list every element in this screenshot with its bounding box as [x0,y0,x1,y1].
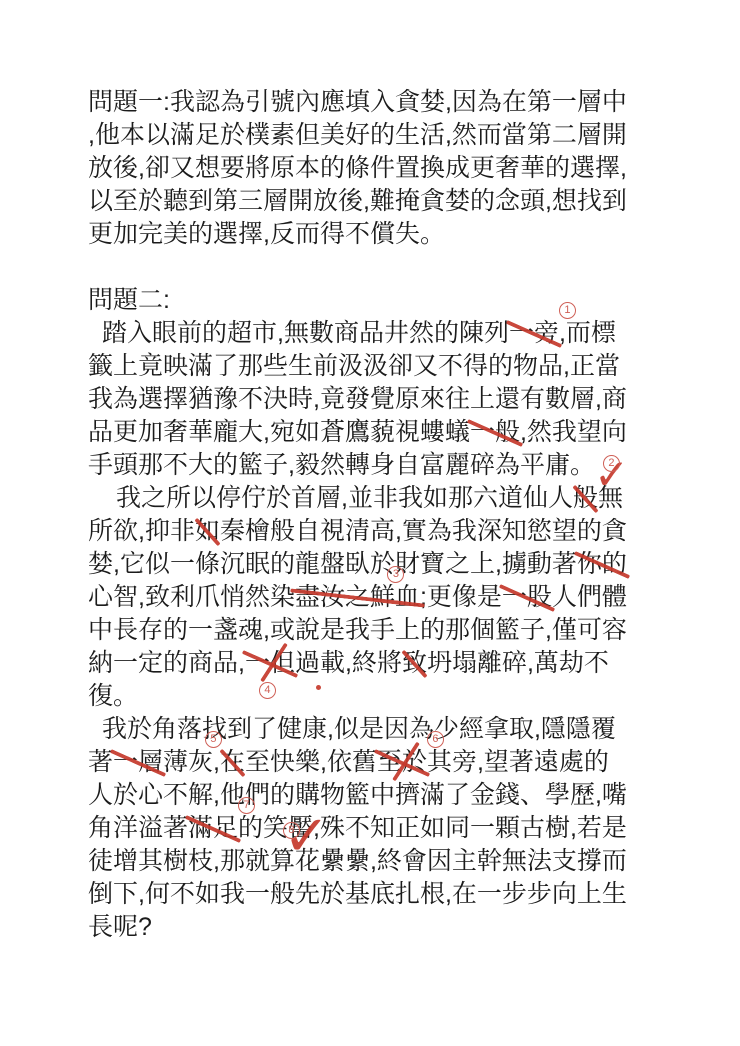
text-segment: 徒增其樹枝,那就算 [88,847,295,875]
text-segment: 問題二: [88,286,170,314]
text-line: 納一定的商品,一但4過載,終將致坍塌離碎,萬劫不 [88,647,688,680]
text-segment: 納一定的商品, [88,649,245,677]
text-segment: ,然我望向 [520,418,627,446]
text-line: 問題一:我認為引號內應填入貪婪,因為在第一層中 [88,86,688,119]
text-line: 品更加奢華龐大,宛如蒼鷹藐視螻蟻一般,然我望向 [88,416,688,449]
text-line: 婪,它似一條沉眠的龍盤臥於財寶之上,擄動著你的 [88,548,688,581]
text-segment: 長呢? [88,913,152,941]
text-segment: 放後,卻又想要將原本的條件置換成更奢華的選擇, [88,154,627,182]
text-line: 我於角落找到了健康,似是因為少經拿取,隱隱覆 [88,713,688,746]
text-line: 人於心不解,他們的購物籃中擠滿了金錢、學歷,嘴 [88,779,688,812]
red-slash-mark: 滿足7 [188,812,238,845]
red-slash-mark: 般 [573,482,598,515]
text-line: 問題二: [88,284,688,317]
text-line: 放後,卻又想要將原本的條件置換成更奢華的選擇, [88,152,688,185]
text-segment: 籤上竟映滿了那些生前汲汲卻又不得的物品,正當 [88,352,620,380]
text-segment: 倒下,何不如我一般先於基底扎根,在一步步向上生 [88,880,627,908]
text-segment: 人們體 [552,583,627,611]
text-line: 我之所以停佇於首層,並非我如那六道仙人般無2 [88,482,688,515]
text-segment: 著 [88,748,113,776]
red-check-lg-mark: 花8 [295,845,320,878]
text-segment: 所欲,抑非 [88,517,195,545]
red-x-mark: 至於6 [377,746,427,779]
text-segment: 婪,它似一條沉眠的龍盤臥於財寶之上,擄動著 [88,550,577,578]
document-page: 問題一:我認為引號內應填入貪婪,因為在第一層中,他本以滿足於樸素但美好的生活,然… [0,0,740,1046]
text-line: 中長存的一盞魂,或說是我手上的那個籃子,僅可容 [88,614,688,647]
text-line: 手頭那不大的籃子,毅然轉身自富麗碎為平庸。 [88,449,688,482]
text-segment: 以至於聽到第三層開放後,難掩貪婪的念頭,想找到 [88,187,627,215]
red-slash-mark: 一般 [470,416,520,449]
red-dot-mark: 過載 [295,647,345,680]
paragraph-gap [88,251,688,284]
text-segment: 復。 [88,682,138,710]
text-line: 著一層薄灰,在5至快樂,依舊至於6其旁,望著遠處的 [88,746,688,779]
text-segment: 我之所以停佇於首層,並非我如那六道仙人 [116,484,573,512]
red-slash-mark: 一層 [113,746,163,779]
red-slash-mark: 如 [195,515,220,548]
text-line: 角洋溢著滿足7的笑靨,殊不知正如同一顆古樹,若是 [88,812,688,845]
text-line: 復。 [88,680,688,713]
text-segment: 我於角落找到了健康,似是因為少經拿取,隱隱覆 [102,715,616,743]
text-segment: 問題一:我認為引號內應填入貪婪,因為在第一層中 [88,88,627,116]
text-line: 倒下,何不如我一般先於基底扎根,在一步步向上生 [88,878,688,911]
text-segment: 心智,致利爪悄然染 [88,583,295,611]
text-segment: 其旁,望著遠處的 [427,748,609,776]
text-segment: 更加完美的選擇,反而得不償失。 [88,220,445,248]
text-line: 所欲,抑非如秦檜般自視清高,實為我深知慾望的貪 [88,515,688,548]
text-segment: 秦檜般自視清高,實為我深知慾望的貪 [220,517,627,545]
red-slash-mark: 一旁1 [509,317,559,350]
text-line: 我為選擇猶豫不決時,竟發覺原來往上還有數層,商 [88,383,688,416]
text-line: 徒增其樹枝,那就算花8纍纍,終會因主幹無法支撐而 [88,845,688,878]
text-segment: 薄灰, [163,748,220,776]
text-segment: 角洋溢著 [88,814,188,842]
text-segment: ,終將 [345,649,402,677]
red-check-mark: 無2 [598,482,623,515]
text-segment: 纍纍,終會因主幹無法支撐而 [320,847,627,875]
document-body: 問題一:我認為引號內應填入貪婪,因為在第一層中,他本以滿足於樸素但美好的生活,然… [88,86,688,944]
text-line: 踏入眼前的超市,無數商品井然的陳列一旁1,而標 [88,317,688,350]
red-slash-mark: 一股 [502,581,552,614]
text-line: 以至於聽到第三層開放後,難掩貪婪的念頭,想找到 [88,185,688,218]
text-segment: 中長存的一盞魂,或說是我手上的那個籃子,僅可容 [88,616,627,644]
text-segment: ,而標 [559,319,616,347]
text-segment: 我為選擇猶豫不決時,竟發覺原來往上還有數層,商 [88,385,627,413]
text-segment: ;更像是 [420,583,502,611]
text-segment: 的笑靨,殊不知正如同一顆古樹,若是 [238,814,627,842]
text-segment: ,他本以滿足於樸素但美好的生活,然而當第二層開 [88,121,627,149]
red-strike-mark: 盡汝之鮮血3 [295,581,420,614]
red-x-mark: 一但4 [245,647,295,680]
text-line: 籤上竟映滿了那些生前汲汲卻又不得的物品,正當 [88,350,688,383]
red-slash-mark: 你的 [577,548,627,581]
red-slash-mark: 在5 [220,746,245,779]
text-segment: 至快樂,依舊 [245,748,377,776]
text-segment: 踏入眼前的超市,無數商品井然的陳列 [102,319,509,347]
text-segment: 人於心不解,他們的購物籃中擠滿了金錢、學歷,嘴 [88,781,627,809]
text-line: 心智,致利爪悄然染盡汝之鮮血3;更像是一股人們體 [88,581,688,614]
text-segment: 品更加奢華龐大,宛如蒼鷹藐視螻蟻 [88,418,470,446]
text-line: 更加完美的選擇,反而得不償失。 [88,218,688,251]
text-segment: 坍塌離碎,萬劫不 [427,649,609,677]
text-line: 長呢? [88,911,688,944]
text-segment: 手頭那不大的籃子,毅然轉身自富麗碎為平庸。 [88,451,595,479]
red-slash-mark: 致 [402,647,427,680]
text-line: ,他本以滿足於樸素但美好的生活,然而當第二層開 [88,119,688,152]
